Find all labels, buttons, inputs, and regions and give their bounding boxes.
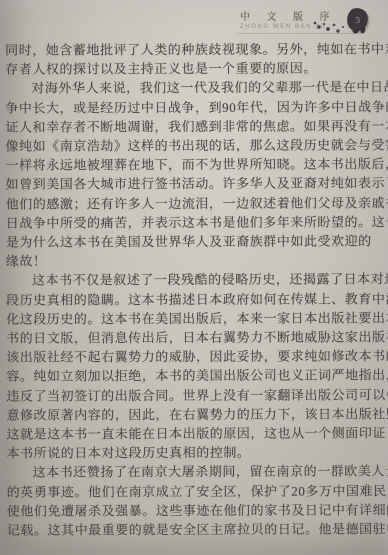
page-header: 中 文 版 序 ZHONG WEN BAN XU 3: [0, 6, 388, 40]
text-line: 违反了当初签订的出版合同。世界上没有一家翻译出版公司可以任: [6, 385, 382, 406]
text-line: 的英勇事迹。他们在南京成立了安全区，保护了20多万中国难民，: [7, 481, 383, 502]
text-line: 缘故！: [6, 251, 382, 272]
book-page: 中 文 版 序 ZHONG WEN BAN XU 3 同时，她含蓄地批评了人类的…: [0, 0, 388, 555]
text-line: 化这段历史的。这本书在美国出版后，本来一家日本出版社要出本: [6, 308, 382, 329]
paw-prints-icon: [312, 14, 346, 41]
page-number: 3: [354, 14, 360, 25]
text-line: 像纯如《南京浩劫》这样的书出现的话，那么这段历史就会与受害者: [5, 135, 381, 156]
text-line: 该出版社经不起右翼势力的威胁，因此妥协，要求纯如修改本书的内: [6, 347, 382, 368]
text-line: 书的日文版，但消息传出后，日本右翼势力不断地威胁这家出版社，: [6, 327, 382, 348]
text-line: 这就是这本书一直未能在日本出版的原因，这也从一个侧面印证了: [6, 423, 382, 444]
text-line: 争中长大，或是经历过中日战争，到90年代，因为许多中日战争的见: [5, 97, 381, 118]
text-line: 日战争中所受的痛苦，并表示这本书是他们多年来所盼望的。这也: [6, 212, 382, 233]
text-line: 记载。这其中最重要的就是安全区主席拉贝的日记。他是德国驻中: [7, 519, 383, 540]
text-line: 意修改原著内容的，因此，在右翼势力的压力下，该日本出版社毁约。: [6, 404, 382, 425]
text-line: 一样将永远地被埋葬在地下，而不为世界所知晓。这本书出版后，纯: [6, 155, 382, 176]
text-line: 存者人权的探讨以及主持正义也是一个重要的原因。: [5, 59, 381, 80]
text-line: 是为什么这本书在美国及世界华人及亚裔族群中如此受欢迎的: [6, 231, 382, 252]
text-line: 同时，她含蓄地批评了人类的种族歧视现象。另外，纯如在书中对幸: [5, 39, 381, 60]
text-line: 段历史真相的隐瞒。这本书描述日本政府如何在传媒上、教育中淡: [6, 289, 382, 310]
text-line: 这本书还赞扬了在南京大屠杀期间，留在南京的一群欧美人士: [7, 462, 383, 483]
text-line: 如曾到美国各大城市进行签书活动。许多华人及亚裔对纯如表示了: [6, 174, 382, 195]
text-line: 容。纯如立刻加以拒绝，本书的美国出版公司也义正词严地指出，这: [6, 366, 382, 387]
text-line: 本书所说的日本对这段历史真相的控制。: [7, 443, 383, 464]
body-text: 同时，她含蓄地批评了人类的种族歧视现象。另外，纯如在书中对幸 存者人权的探讨以及…: [5, 39, 383, 540]
text-line: 证人和幸存者不断地凋谢，我们感到非常的焦虑。如果再没有一本: [5, 116, 381, 137]
text-line: 对海外华人来说，我们这一代及我们的父辈那一代是在中日战: [5, 78, 381, 99]
text-line: 他们的感激；还有许多人一边流泪，一边叙述着他们父母及亲戚在中: [6, 193, 382, 214]
text-line: 这本书不仅是叙述了一段残酷的侵略历史，还揭露了日本对这: [6, 270, 382, 291]
text-line: 使他们免遭屠杀及强暴。这些事迹在他们的家书及日记中有详细的: [7, 500, 383, 521]
